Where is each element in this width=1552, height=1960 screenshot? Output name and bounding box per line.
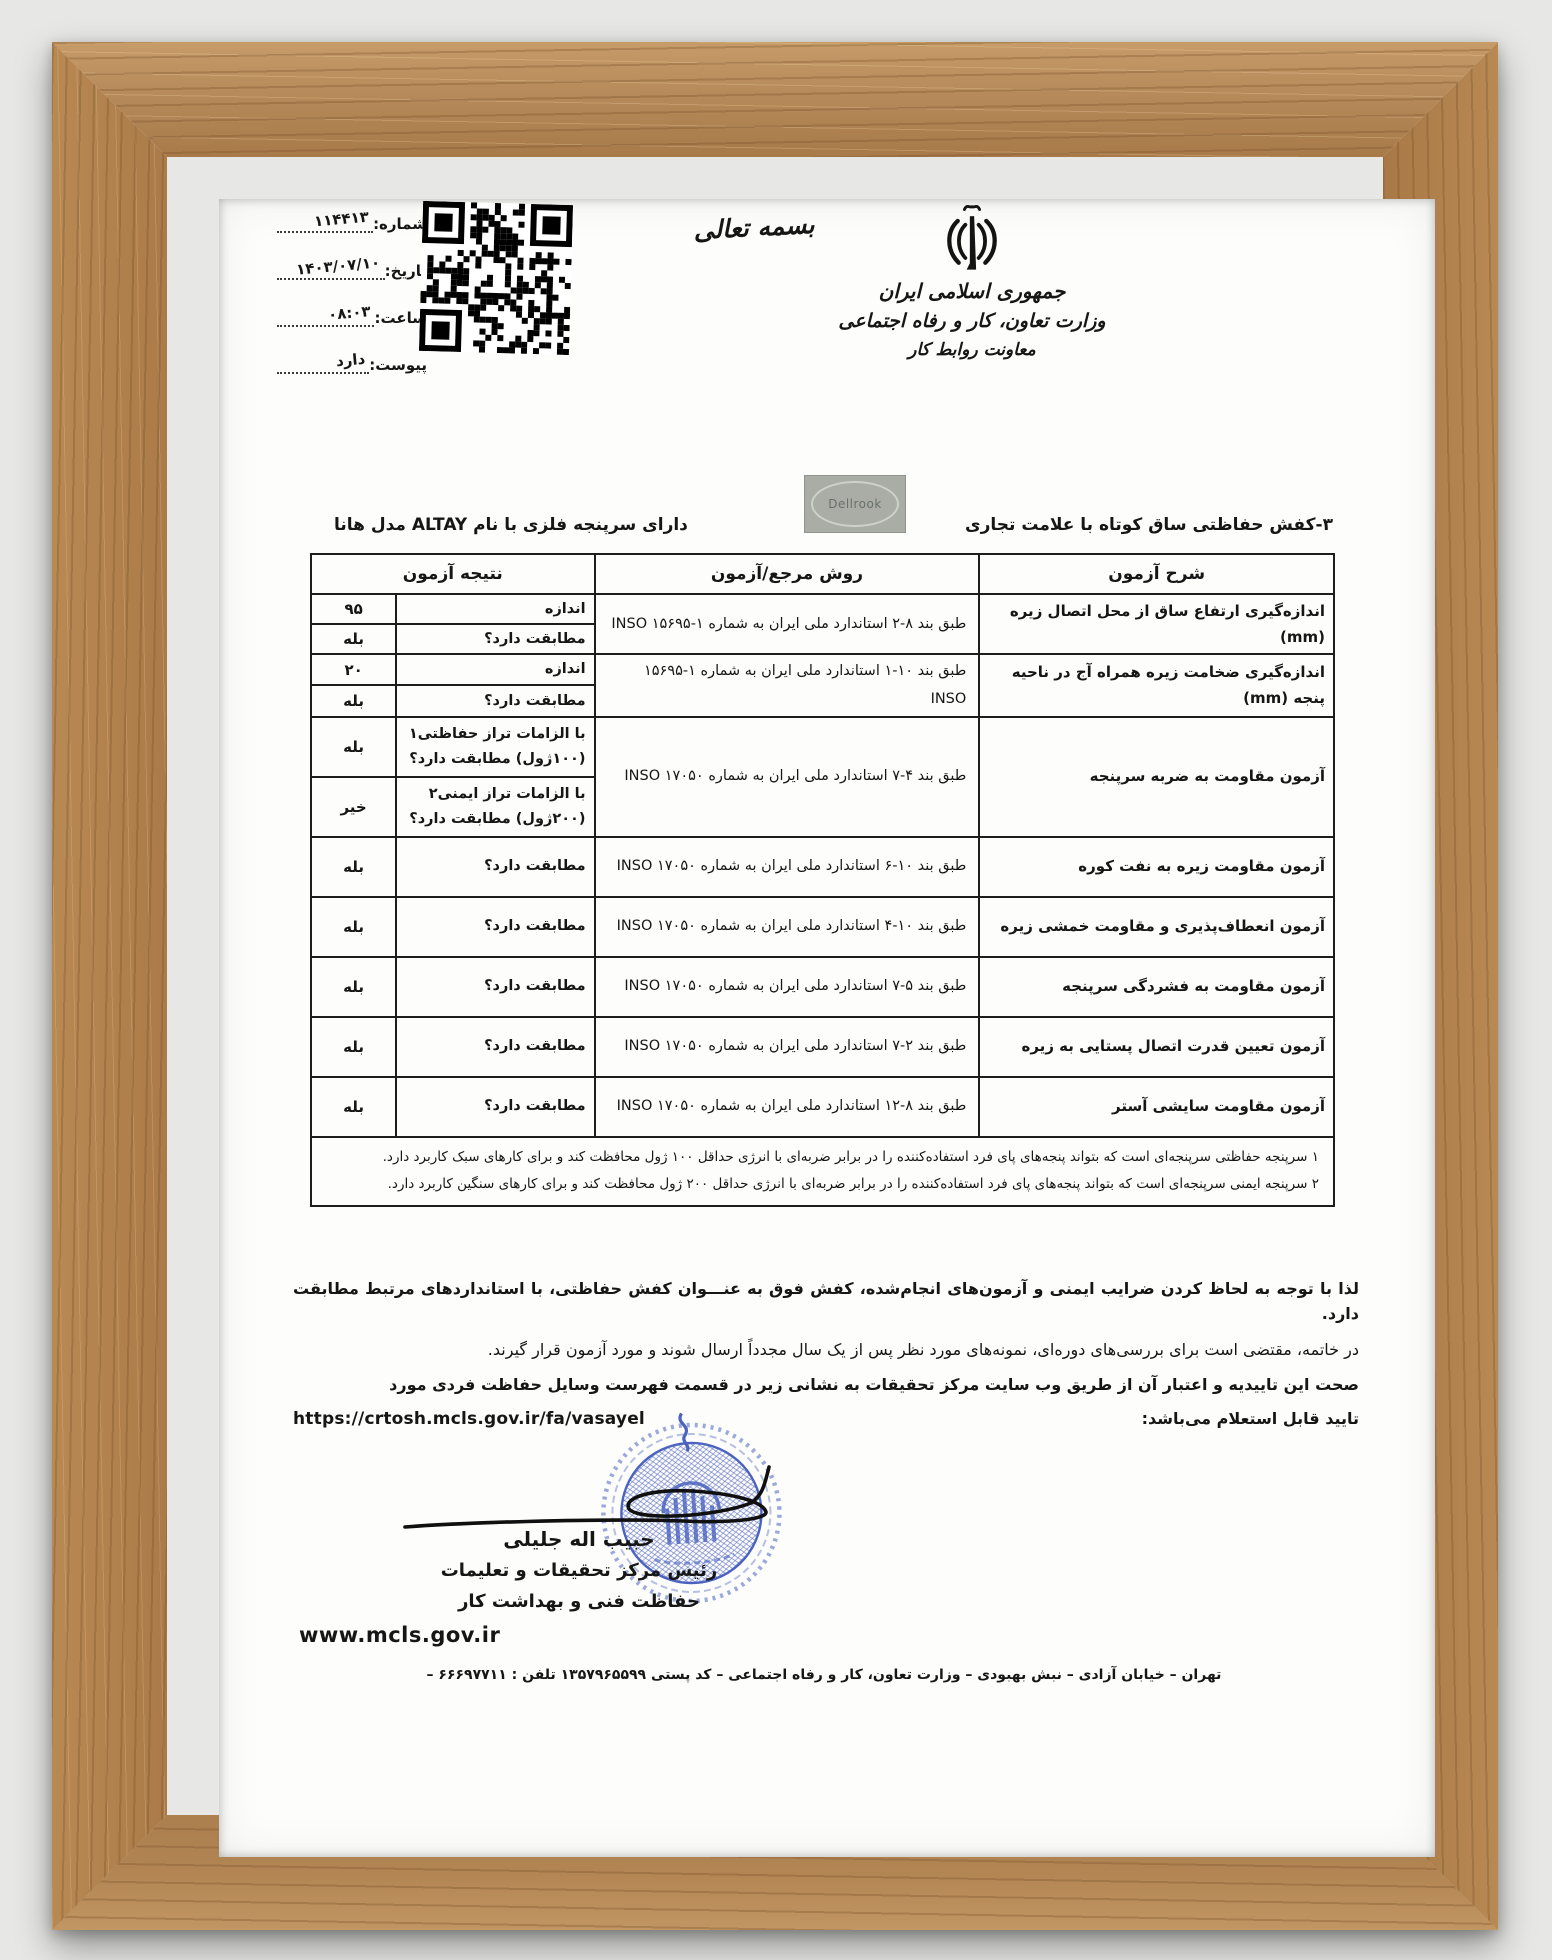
dotted-line: ۱۱۴۴۱۳ [277,209,373,233]
iran-emblem-icon [945,201,999,277]
signatory-block: حبیب اله جلیلی رئیس مرکز تحقیقات و تعلیم… [377,1527,781,1622]
meta-number-value: ۱۱۴۴۱۳ [313,208,369,231]
signatory-role-1: رئیس مرکز تحقیقات و تعلیمات [377,1560,781,1581]
test-method: طبق بند ۸-۲ استاندارد ملی ایران به شماره… [595,594,980,654]
dotted-line: دارد [277,350,369,374]
meta-number-label: شماره: [373,215,427,233]
result-label: مطابقت دارد؟ [396,1077,594,1137]
gov-line-deputy: معاونت روابط کار [819,340,1125,360]
result-value: بله [311,685,396,716]
conclusion-verify: صحت این تاییدیه و اعتبار آن از طریق وب س… [293,1373,1359,1398]
dellrook-brand-logo: Dellrook [804,475,906,533]
conclusion-compliance: لذا با توجه به لحاظ کردن ضرایب ایمنی و آ… [293,1277,1359,1327]
result-label: با الزامات تراز حفاظتی۱ (۱۰۰ژول) مطابقت … [396,717,594,777]
result-label: مطابقت دارد؟ [396,957,594,1017]
result-value: بله [311,717,396,777]
brand-logo-oval: Dellrook [811,481,899,527]
dotted-line: ۱۴۰۳/۰۷/۱۰ [277,256,385,280]
result-value: بله [311,837,396,897]
frame-left [52,42,167,1930]
test-desc: آزمون انعطاف‌پذیری و مقاومت خمشی زیره [979,897,1334,957]
test-method: طبق بند ۱۰-۱ استاندارد ملی ایران به شمار… [595,654,980,717]
result-label: مطابقت دارد؟ [396,1017,594,1077]
result-label: با الزامات تراز ایمنی۲ (۲۰۰ژول) مطابقت د… [396,777,594,837]
qr-code [419,201,573,355]
footnote-1: ۱ سرپنجه حفاظتی سرپنجه‌ای است که بتواند … [326,1144,1319,1172]
table-row: آزمون تعیین قدرت اتصال پستایی به زیره طب… [311,1017,1334,1077]
table-row: آزمون مقاومت سایشی آستر طبق بند ۸-۱۲ است… [311,1077,1334,1137]
certificate-sheet: شماره: ۱۱۴۴۱۳ تاریخ: ۱۴۰۳/۰۷/۱۰ ساعت: ۰۸… [219,199,1435,1857]
meta-date: تاریخ: ۱۴۰۳/۰۷/۱۰ [277,258,427,280]
test-desc: آزمون تعیین قدرت اتصال پستایی به زیره [979,1017,1334,1077]
test-desc: آزمون مقاومت به فشردگی سرپنجه [979,957,1334,1017]
verify-line-tail: تایید قابل استعلام می‌باشد: [1142,1409,1359,1428]
test-method: طبق بند ۸-۱۲ استاندارد ملی ایران به شمار… [595,1077,980,1137]
result-value: بله [311,897,396,957]
table-header-row: شرح آزمون روش مرجع/آزمون نتیجه آزمون [311,554,1334,594]
result-label: مطابقت دارد؟ [396,685,594,716]
result-value: بله [311,624,396,654]
signatory-name: حبیب اله جلیلی [377,1527,781,1551]
letter-meta: شماره: ۱۱۴۴۱۳ تاریخ: ۱۴۰۳/۰۷/۱۰ ساعت: ۰۸… [277,211,427,399]
footnotes-cell: ۱ سرپنجه حفاظتی سرپنجه‌ای است که بتواند … [311,1137,1334,1206]
meta-attachment-value: دارد [335,350,366,370]
brand-logo-text: Dellrook [828,497,882,511]
test-desc: آزمون مقاومت زیره به نفت کوره [979,837,1334,897]
result-value: بله [311,1077,396,1137]
footer-address: تهران – خیابان آزادی – نبش بهبودی – وزار… [279,1667,1369,1683]
dotted-line: ۰۸:۰۳ [277,303,374,327]
result-label: اندازه [396,654,594,685]
item-title-left: دارای سرپنجه فلزی با نام ALTAY مدل هانا [334,515,688,535]
test-desc: اندازه‌گیری ضخامت زیره همراه آج در ناحیه… [979,654,1334,717]
item-title-bar: ۳-کفش حفاظتی ساق کوتاه با علامت تجاری De… [310,475,1335,541]
meta-time: ساعت: ۰۸:۰۳ [277,305,427,327]
test-method: طبق بند ۴-۷ استاندارد ملی ایران به شماره… [595,717,980,837]
test-method: طبق بند ۱۰-۴ استاندارد ملی ایران به شمار… [595,897,980,957]
test-method: طبق بند ۱۰-۶ استاندارد ملی ایران به شمار… [595,837,980,897]
col-header-description: شرح آزمون [979,554,1334,594]
test-desc: اندازه‌گیری ارتفاع ساق از محل اتصال زیره… [979,594,1334,654]
footnote-2: ۲ سرپنجه ایمنی سرپنجه‌ای است که بتواند پ… [326,1171,1319,1199]
table-row: آزمون مقاومت به فشردگی سرپنجه طبق بند ۵-… [311,957,1334,1017]
result-value: بله [311,1017,396,1077]
result-label: مطابقت دارد؟ [396,624,594,654]
col-header-method: روش مرجع/آزمون [595,554,980,594]
result-value: ۹۵ [311,594,396,624]
test-desc: آزمون مقاومت به ضربه سرپنجه [979,717,1334,837]
table-row: اندازه‌گیری ضخامت زیره همراه آج در ناحیه… [311,654,1334,685]
table-row: آزمون مقاومت به ضربه سرپنجه طبق بند ۴-۷ … [311,717,1334,777]
wooden-picture-frame: شماره: ۱۱۴۴۱۳ تاریخ: ۱۴۰۳/۰۷/۱۰ ساعت: ۰۸… [52,42,1498,1930]
verify-line: تایید قابل استعلام می‌باشد: https://crto… [293,1409,1359,1429]
result-label: مطابقت دارد؟ [396,837,594,897]
meta-time-value: ۰۸:۰۳ [327,302,371,324]
meta-attachment: پیوست: دارد [277,352,427,374]
bismillah-calligraphy: بسمه تعالی [683,209,824,245]
meta-number: شماره: ۱۱۴۴۱۳ [277,211,427,233]
result-value: خیر [311,777,396,837]
result-label: مطابقت دارد؟ [396,897,594,957]
test-results-table: شرح آزمون روش مرجع/آزمون نتیجه آزمون اند… [310,553,1335,1207]
conclusion-retest: در خاتمه، مقتضی است برای بررسی‌های دوره‌… [293,1338,1359,1363]
table-row: اندازه‌گیری ارتفاع ساق از محل اتصال زیره… [311,594,1334,624]
signatory-role-2: حفاظت فنی و بهداشت کار [377,1591,781,1612]
table-row: آزمون مقاومت زیره به نفت کوره طبق بند ۱۰… [311,837,1334,897]
gov-line-republic: جمهوری اسلامی ایران [819,279,1125,303]
meta-date-value: ۱۴۰۳/۰۷/۱۰ [296,253,381,278]
result-value: ۲۰ [311,654,396,685]
test-method: طبق بند ۵-۷ استاندارد ملی ایران به شماره… [595,957,980,1017]
result-label: اندازه [396,594,594,624]
framed-certificate: شماره: ۱۱۴۴۱۳ تاریخ: ۱۴۰۳/۰۷/۱۰ ساعت: ۰۸… [0,0,1552,1960]
footnotes-row: ۱ سرپنجه حفاظتی سرپنجه‌ای است که بتواند … [311,1137,1334,1206]
ministry-website: www.mcls.gov.ir [299,1623,500,1647]
table-row: آزمون انعطاف‌پذیری و مقاومت خمشی زیره طب… [311,897,1334,957]
government-heading: جمهوری اسلامی ایران وزارت تعاون، کار و ر… [819,201,1125,360]
frame-top [52,42,1498,157]
item-title-right: ۳-کفش حفاظتی ساق کوتاه با علامت تجاری [965,515,1333,535]
conclusion-paragraphs: لذا با توجه به لحاظ کردن ضرایب ایمنی و آ… [293,1277,1359,1429]
gov-line-ministry: وزارت تعاون، کار و رفاه اجتماعی [819,310,1125,332]
meta-attachment-label: پیوست: [369,356,427,374]
test-desc: آزمون مقاومت سایشی آستر [979,1077,1334,1137]
result-value: بله [311,957,396,1017]
col-header-result: نتیجه آزمون [311,554,595,594]
test-method: طبق بند ۲-۷ استاندارد ملی ایران به شماره… [595,1017,980,1077]
